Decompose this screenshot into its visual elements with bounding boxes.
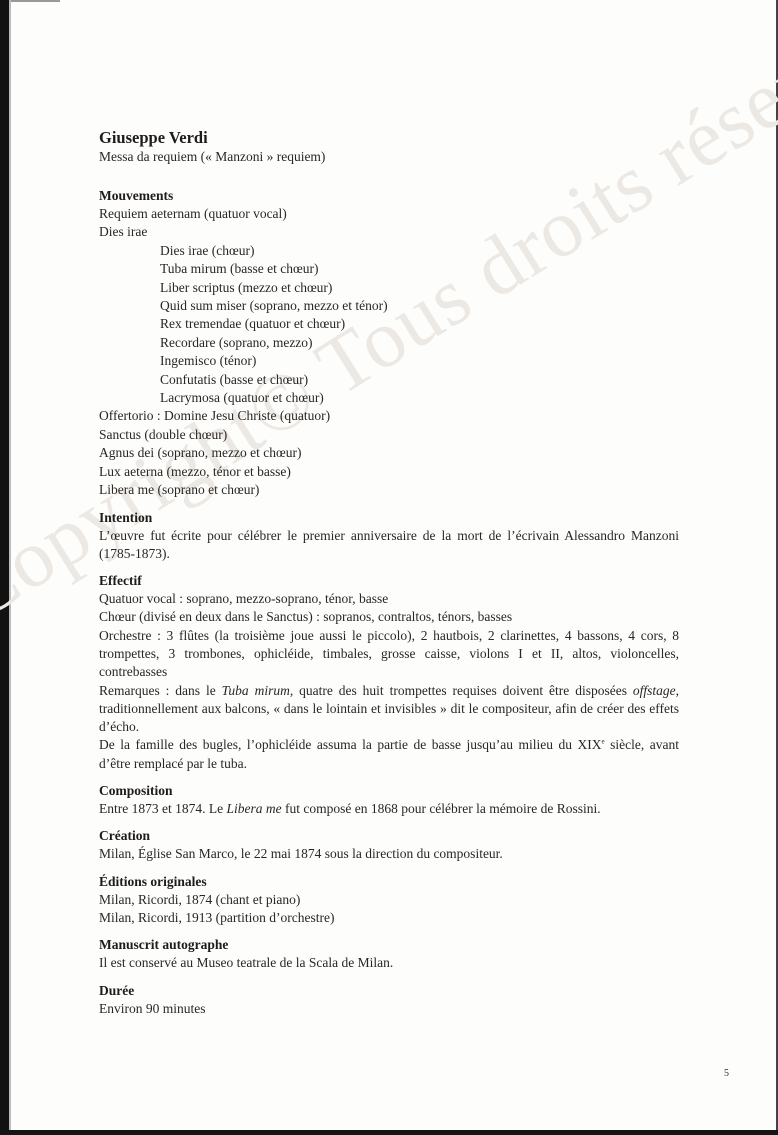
section-movements: Mouvements Requiem aeternam (quatuor voc… xyxy=(99,187,679,500)
movement-item: Libera me (soprano et chœur) xyxy=(99,481,679,499)
scan-edge-top xyxy=(10,0,60,2)
composition-prefix: Entre 1873 et 1874. Le xyxy=(99,801,226,816)
section-title-composition: Composition xyxy=(99,782,679,800)
work-title: Messa da requiem (« Manzoni » requiem) xyxy=(99,148,679,166)
section-title-effectif: Effectif xyxy=(99,572,679,590)
creation-text: Milan, Église San Marco, le 22 mai 1874 … xyxy=(99,845,679,863)
movement-subitem: Rex tremendae (quatuor et chœur) xyxy=(99,315,679,333)
page-content: Giuseppe Verdi Messa da requiem (« Manzo… xyxy=(99,128,679,1027)
section-title-editions: Éditions originales xyxy=(99,873,679,891)
movement-subitem: Confutatis (basse et chœur) xyxy=(99,371,679,389)
movement-item: Dies irae xyxy=(99,223,679,241)
section-title-intention: Intention xyxy=(99,509,679,527)
manuscrit-text: Il est conservé au Museo teatrale de la … xyxy=(99,954,679,972)
remarques-italic-offstage: offstage xyxy=(633,683,676,698)
section-title-movements: Mouvements xyxy=(99,187,679,205)
movement-item: Sanctus (double chœur) xyxy=(99,426,679,444)
composer-name: Giuseppe Verdi xyxy=(99,128,679,148)
effectif-famille: De la famille des bugles, l’ophicléide a… xyxy=(99,736,679,773)
scan-edge-bottom xyxy=(0,1130,778,1135)
movement-item: Offertorio : Domine Jesu Christe (quatuo… xyxy=(99,407,679,425)
section-creation: Création Milan, Église San Marco, le 22 … xyxy=(99,827,679,863)
edition-item: Milan, Ricordi, 1874 (chant et piano) xyxy=(99,891,679,909)
effectif-quatuor: Quatuor vocal : soprano, mezzo-soprano, … xyxy=(99,590,679,608)
movement-subitem: Lacrymosa (quatuor et chœur) xyxy=(99,389,679,407)
section-title-creation: Création xyxy=(99,827,679,845)
movement-item: Agnus dei (soprano, mezzo et chœur) xyxy=(99,444,679,462)
section-manuscrit: Manuscrit autographe Il est conservé au … xyxy=(99,936,679,972)
remarques-prefix: Remarques : dans le xyxy=(99,683,222,698)
movements-list: Requiem aeternam (quatuor vocal)Dies ira… xyxy=(99,205,679,500)
effectif-choeur: Chœur (divisé en deux dans le Sanctus) :… xyxy=(99,608,679,626)
scan-edge-left xyxy=(0,0,9,1135)
section-title-manuscrit: Manuscrit autographe xyxy=(99,936,679,954)
movement-subitem: Ingemisco (ténor) xyxy=(99,352,679,370)
duree-text: Environ 90 minutes xyxy=(99,1000,679,1018)
page-number: 5 xyxy=(724,1068,729,1079)
section-title-duree: Durée xyxy=(99,982,679,1000)
movement-item: Lux aeterna (mezzo, ténor et basse) xyxy=(99,463,679,481)
famille-prefix: De la famille des bugles, l’ophicléide a… xyxy=(99,737,602,752)
movement-subitem: Liber scriptus (mezzo et chœur) xyxy=(99,279,679,297)
section-intention: Intention L’œuvre fut écrite pour célébr… xyxy=(99,509,679,564)
intention-text: L’œuvre fut écrite pour célébrer le prem… xyxy=(99,527,679,564)
composition-suffix: fut composé en 1868 pour célébrer la mém… xyxy=(282,801,601,816)
effectif-remarques: Remarques : dans le Tuba mirum, quatre d… xyxy=(99,682,679,737)
section-effectif: Effectif Quatuor vocal : soprano, mezzo-… xyxy=(99,572,679,773)
edition-item: Milan, Ricordi, 1913 (partition d’orches… xyxy=(99,909,679,927)
movement-item: Requiem aeternam (quatuor vocal) xyxy=(99,205,679,223)
composition-italic: Libera me xyxy=(226,801,281,816)
remarques-mid: , quatre des huit trompettes requises do… xyxy=(290,683,633,698)
section-duree: Durée Environ 90 minutes xyxy=(99,982,679,1018)
movement-subitem: Quid sum miser (soprano, mezzo et ténor) xyxy=(99,297,679,315)
remarques-italic-tuba: Tuba mirum xyxy=(222,683,290,698)
movement-subitem: Dies irae (chœur) xyxy=(99,242,679,260)
section-editions: Éditions originales Milan, Ricordi, 1874… xyxy=(99,873,679,928)
section-composition: Composition Entre 1873 et 1874. Le Liber… xyxy=(99,782,679,818)
movement-subitem: Recordare (soprano, mezzo) xyxy=(99,334,679,352)
effectif-orchestre: Orchestre : 3 flûtes (la troisième joue … xyxy=(99,627,679,682)
movement-subitem: Tuba mirum (basse et chœur) xyxy=(99,260,679,278)
composition-text: Entre 1873 et 1874. Le Libera me fut com… xyxy=(99,800,679,818)
